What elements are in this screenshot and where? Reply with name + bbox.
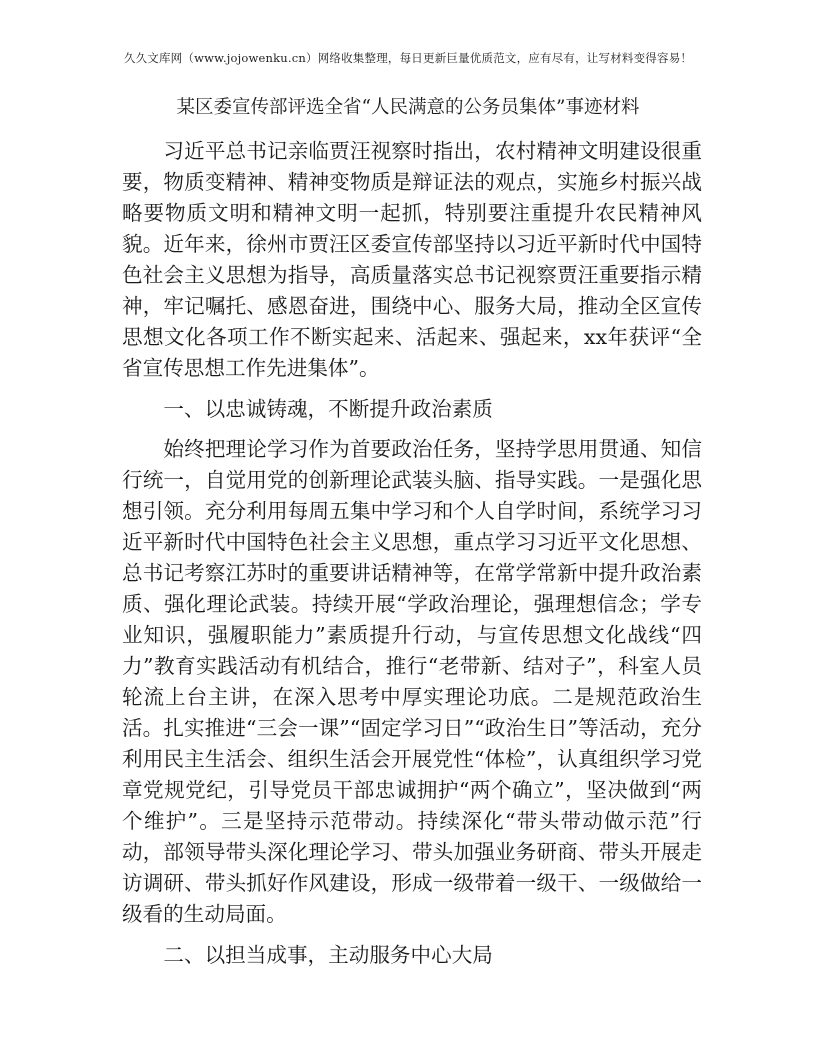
source-header: 久久文库网（www.jojowenku.cn）网络收集整理，每日更新巨量优质范文… — [108, 49, 708, 67]
document-page: 久久文库网（www.jojowenku.cn）网络收集整理，每日更新巨量优质范文… — [0, 0, 816, 1056]
intro-paragraph: 习近平总书记亲临贾汪视察时指出，农村精神文明建设很重要，物质变精神、精神变物质是… — [122, 136, 702, 384]
section-heading-1: 一、以忠诚铸魂，不断提升政治素质 — [122, 394, 702, 425]
document-title: 某区委宣传部评选全省“人民满意的公务员集体”事迹材料 — [100, 96, 716, 120]
section-1-paragraph: 始终把理论学习作为首要政治任务，坚持学思用贯通、知信行统一，自觉用党的创新理论武… — [122, 434, 702, 930]
document-body: 习近平总书记亲临贾汪视察时指出，农村精神文明建设很重要，物质变精神、精神变物质是… — [122, 136, 702, 971]
section-heading-2: 二、以担当成事，主动服务中心大局 — [122, 940, 702, 971]
